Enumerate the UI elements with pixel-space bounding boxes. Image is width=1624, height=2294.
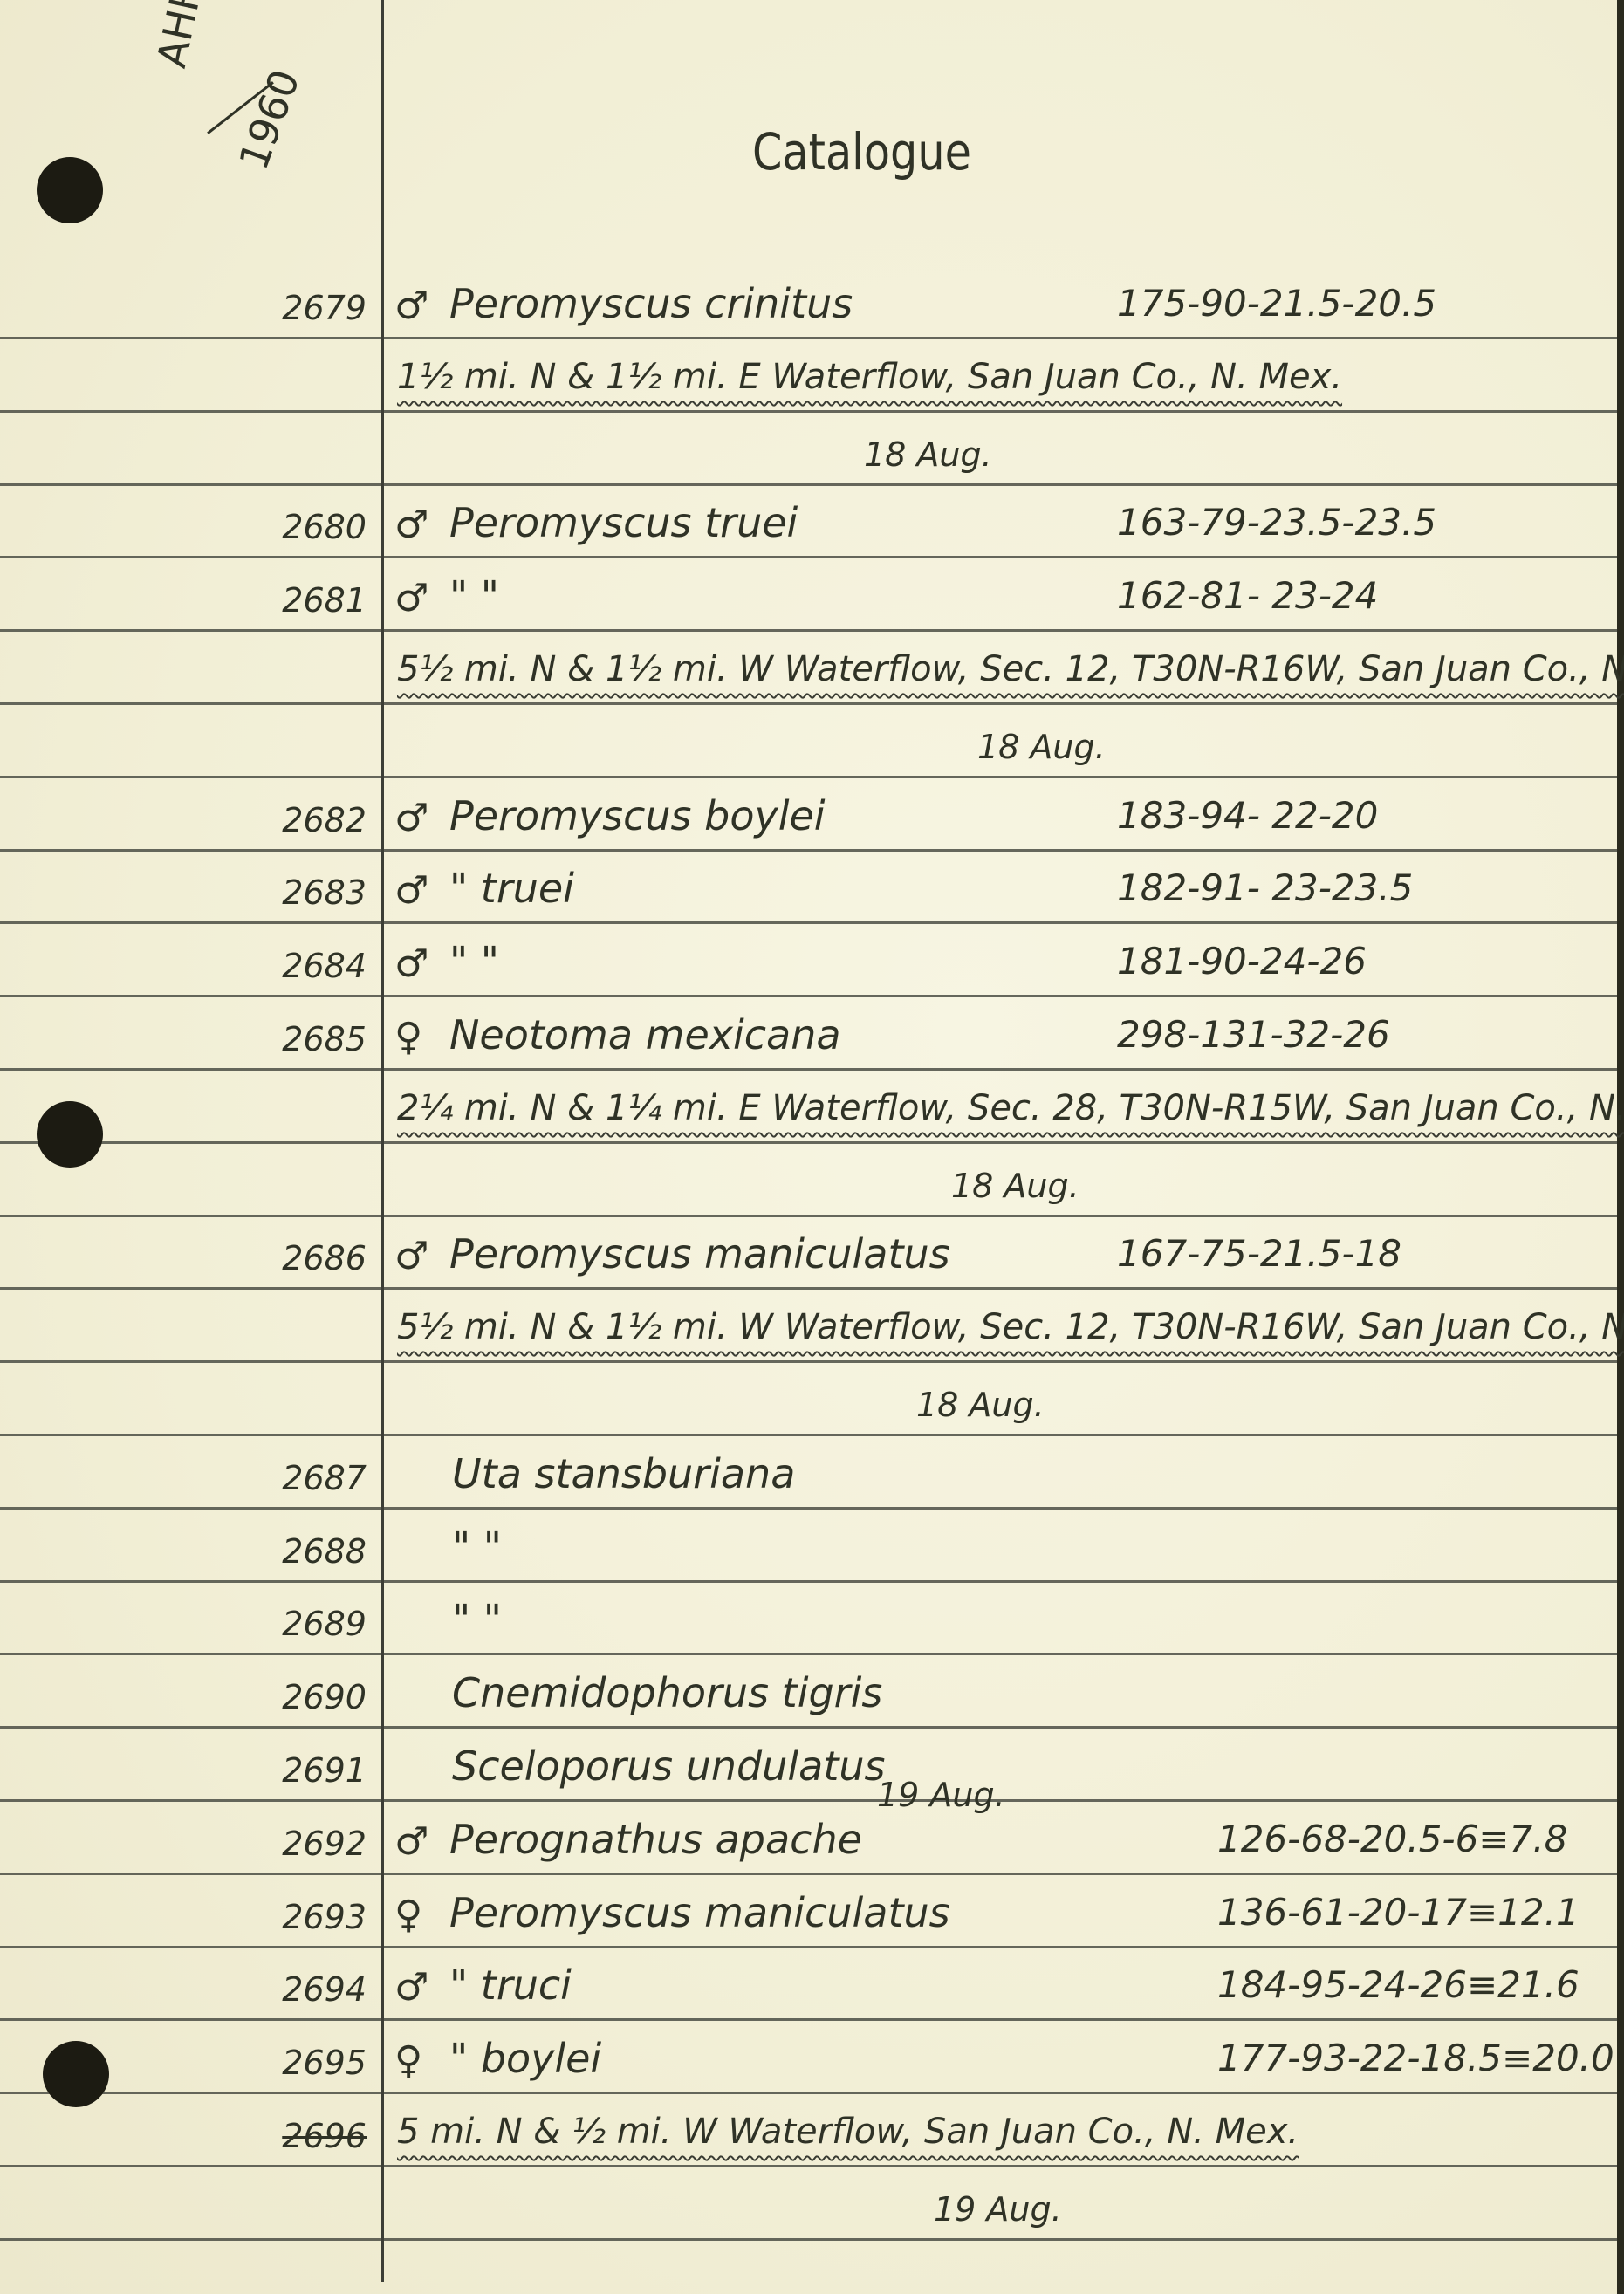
catalogue-number: 2686 [218,1239,367,1277]
ruled-line [0,1287,1617,1290]
species-name: " " [452,1524,502,1571]
catalogue-number: 2681 [218,581,367,620]
locality: 2¼ mi. N & 1¼ mi. E Waterflow, Sec. 28, … [397,1088,1624,1128]
catalogue-number: 2685 [218,1020,367,1058]
measurements: 183-94- 22-20 [1117,794,1378,837]
catalogue-number: 2692 [218,1825,367,1863]
male-symbol-icon: ♂ [394,576,428,620]
species-name: " " [452,1596,502,1643]
ruled-line [0,1215,1617,1217]
ruled-line [0,1580,1617,1583]
ruled-line [0,1799,1617,1802]
species-name: Neotoma mexicana [449,1011,841,1058]
female-symbol-icon: ♀ [394,1893,422,1937]
species-name: Peromyscus maniculatus [449,1230,950,1277]
collection-date: 18 Aug. [977,728,1106,766]
catalogue-number: 2688 [218,1532,367,1571]
species-name: Uta stansburiana [452,1450,795,1497]
species-name: " " [449,572,499,620]
ruled-line [0,1507,1617,1510]
male-symbol-icon: ♂ [394,284,428,328]
catalogue-number: 2684 [218,947,367,985]
ruled-line [0,1946,1617,1948]
measurements: 167-75-21.5-18 [1117,1232,1401,1275]
measurements: 126-68-20.5-6≡7.8 [1217,1818,1567,1860]
ruled-line [0,995,1617,997]
catalogue-number: 2690 [218,1678,367,1716]
ruled-line [0,629,1617,632]
margin-line [381,0,384,2282]
ruled-line [0,2092,1617,2094]
ruled-line [0,2238,1617,2241]
collection-date: 19 Aug. [877,1776,1005,1814]
measurements: 162-81- 23-24 [1117,574,1378,617]
collection-date: 19 Aug. [934,2190,1062,2229]
catalogue-number: 2682 [218,801,367,839]
catalogue-number: 2695 [218,2044,367,2082]
measurements: 182-91- 23-23.5 [1117,866,1413,909]
catalogue-page [0,0,1617,2294]
female-symbol-icon: ♀ [394,2038,422,2083]
male-symbol-icon: ♂ [394,503,428,547]
locality: 5 mi. N & ½ mi. W Waterflow, San Juan Co… [397,2112,1299,2152]
ruled-line [0,337,1617,339]
measurements: 177-93-22-18.5≡20.0 [1217,2037,1614,2079]
species-name: " truei [449,865,574,912]
locality: 5½ mi. N & 1½ mi. W Waterflow, Sec. 12, … [397,649,1624,689]
male-symbol-icon: ♂ [394,1819,428,1864]
catalogue-number: 2679 [218,289,367,327]
measurements: 136-61-20-17≡12.1 [1217,1891,1579,1934]
species-name: Peromyscus maniculatus [449,1889,950,1936]
ruled-line [0,556,1617,558]
ruled-line [0,1360,1617,1363]
locality: 5½ mi. N & 1½ mi. W Waterflow, Sec. 12, … [397,1307,1624,1347]
ruled-line [0,776,1617,778]
catalogue-number: 2683 [218,873,367,912]
page-title: Catalogue [752,122,971,181]
species-name: Peromyscus boylei [449,792,826,839]
female-symbol-icon: ♀ [394,1015,422,1059]
species-name: Perognathus apache [449,1816,862,1863]
catalogue-number: 2693 [218,1898,367,1936]
punch-hole-bottom [43,2041,109,2107]
ruled-line [0,1653,1617,1655]
ruled-line [0,921,1617,924]
species-name: Cnemidophorus tigris [452,1669,882,1716]
page-edge [1617,0,1624,2294]
catalogue-number: 2689 [218,1605,367,1643]
male-symbol-icon: ♂ [394,1965,428,2010]
catalogue-number: 2680 [218,508,367,546]
ruled-line [0,410,1617,413]
male-symbol-icon: ♂ [394,796,428,840]
measurements: 175-90-21.5-20.5 [1117,282,1436,325]
ruled-line [0,1434,1617,1436]
ruled-line [0,702,1617,705]
species-name: " boylei [449,2035,601,2082]
species-name: Peromyscus truei [449,499,798,546]
species-name: " " [449,938,499,985]
species-name: " truci [449,1962,572,2009]
catalogue-number: 2687 [218,1459,367,1497]
ruled-line [0,1068,1617,1071]
species-name: Sceloporus undulatus [452,1743,886,1790]
catalogue-number: 2691 [218,1751,367,1790]
ruled-line [0,1141,1617,1144]
punch-hole-middle [37,1101,103,1168]
male-symbol-icon: ♂ [394,942,428,986]
ruled-line [0,2018,1617,2021]
species-name: Peromyscus crinitus [449,280,853,327]
measurements: 184-95-24-26≡21.6 [1217,1963,1579,2006]
collection-date: 18 Aug. [951,1167,1079,1205]
male-symbol-icon: ♂ [394,1234,428,1278]
ruled-line [0,2165,1617,2167]
measurements: 298-131-32-26 [1117,1013,1390,1056]
measurements: 163-79-23.5-23.5 [1117,501,1436,544]
ruled-line [0,483,1617,486]
collection-date: 18 Aug. [916,1386,1045,1424]
punch-hole-top [37,157,103,223]
catalogue-number: 2696 [218,2117,367,2155]
measurements: 181-90-24-26 [1117,940,1367,983]
catalogue-number: 2694 [218,1970,367,2009]
male-symbol-icon: ♂ [394,868,428,913]
collection-date: 18 Aug. [864,435,992,474]
locality: 1½ mi. N & 1½ mi. E Waterflow, San Juan … [397,357,1342,397]
ruled-line [0,849,1617,852]
ruled-line [0,1726,1617,1729]
ruled-line [0,1873,1617,1875]
